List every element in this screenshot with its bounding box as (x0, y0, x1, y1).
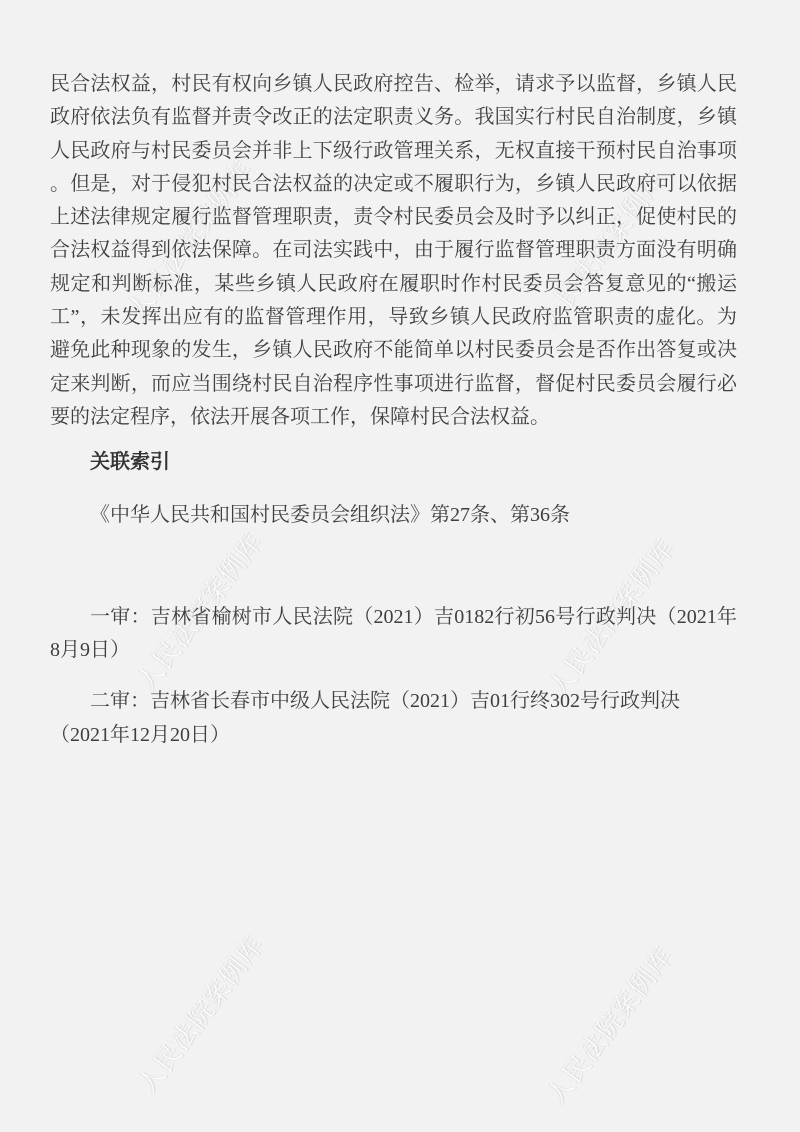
body-line: 避免此种现象的发生，乡镇人民政府不能简单以村民委员会是否作出答复或决 (50, 334, 737, 367)
body-line: 。但是，对于侵犯村民合法权益的决定或不履职行为，乡镇人民政府可以依据 (50, 168, 737, 201)
body-paragraph: 民合法权益，村民有权向乡镇人民政府控告、检举，请求予以监督，乡镇人民 政府依法负… (50, 68, 737, 434)
body-line: 民合法权益，村民有权向乡镇人民政府控告、检举，请求予以监督，乡镇人民 (50, 68, 737, 101)
statute-reference: 《中华人民共和国村民委员会组织法》第27条、第36条 (50, 499, 737, 532)
body-line: 要的法定程序，依法开展各项工作，保障村民合法权益。 (50, 401, 737, 434)
first-instance-line1: 一审：吉林省榆树市人民法院（2021）吉0182行初56号行政判决（2021年 (50, 601, 737, 634)
body-line: 上述法律规定履行监督管理职责，责令村民委员会及时予以纠正，促使村民的 (50, 201, 737, 234)
first-instance-line2: 8月9日） (50, 634, 737, 667)
watermark-text: 人民法院案例库 (543, 943, 678, 1110)
document-page: 民合法权益，村民有权向乡镇人民政府控告、检举，请求予以监督，乡镇人民 政府依法负… (0, 0, 800, 752)
body-line: 合法权益得到依法保障。在司法实践中，由于履行监督管理职责方面没有明确 (50, 234, 737, 267)
body-line: 政府依法负有监督并责令改正的法定职责义务。我国实行村民自治制度，乡镇 (50, 101, 737, 134)
second-instance-paragraph: 二审：吉林省长春市中级人民法院（2021）吉01行终302号行政判决 （2021… (50, 685, 737, 752)
body-line: 定来判断，而应当围绕村民自治程序性事项进行监督，督促村民委员会履行必 (50, 368, 737, 401)
body-line: 规定和判断标准，某些乡镇人民政府在履职时作村民委员会答复意见的“搬运 (50, 268, 737, 301)
body-line: 工”，未发挥出应有的监督管理作用，导致乡镇人民政府监管职责的虚化。为 (50, 301, 737, 334)
body-line: 人民政府与村民委员会并非上下级行政管理关系，无权直接干预村民自治事项 (50, 135, 737, 168)
second-instance-line2: （2021年12月20日） (50, 719, 737, 752)
related-index-heading: 关联索引 (50, 446, 737, 479)
first-instance-paragraph: 一审：吉林省榆树市人民法院（2021）吉0182行初56号行政判决（2021年 … (50, 601, 737, 668)
second-instance-line1: 二审：吉林省长春市中级人民法院（2021）吉01行终302号行政判决 (50, 685, 737, 718)
watermark-text: 人民法院案例库 (134, 932, 269, 1099)
